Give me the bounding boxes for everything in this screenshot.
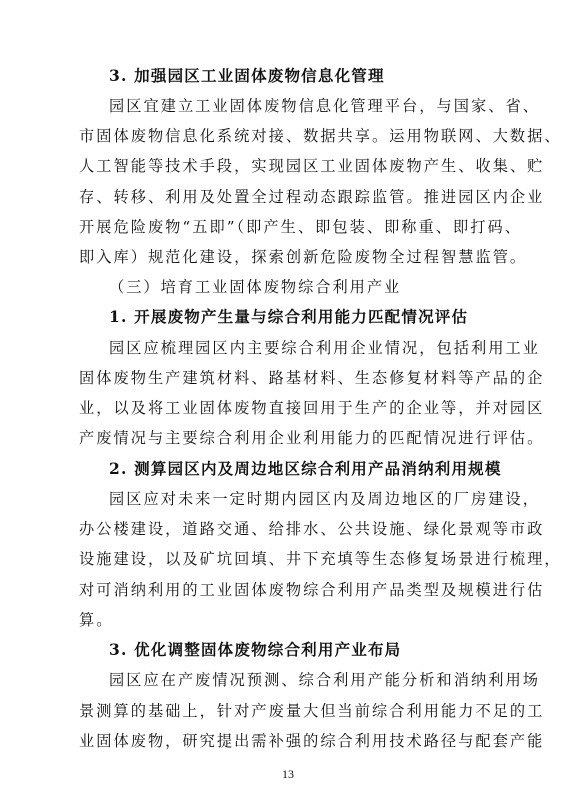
paragraph-line: 产废情况与主要综合利用企业利用能力的匹配情况进行评估。 — [79, 428, 511, 448]
paragraph-line: 园区应对未来一定时期内园区内及周边地区的厂房建设， — [109, 489, 511, 509]
paragraph-line: 人工智能等技术手段，实现园区工业固体废物产生、收集、贮 — [79, 156, 511, 176]
paragraph-line: 即入库）规范化建设，探索创新危险废物全过程智慧监管。 — [79, 247, 511, 267]
paragraph-line: 市固体废物信息化系统对接、数据共享。运用物联网、大数据、 — [79, 126, 511, 146]
paragraph-line: 办公楼建设，道路交通、给排水、公共设施、绿化景观等市政 — [79, 519, 511, 539]
heading-1-matching-assessment: 1. 开展废物产生量与综合利用能力匹配情况评估 — [109, 307, 511, 327]
paragraph-line: 园区宜建立工业固体废物信息化管理平台，与国家、省、 — [109, 96, 511, 116]
paragraph-line: 算。 — [79, 610, 511, 630]
section-heading-3: （三）培育工业固体废物综合利用产业 — [109, 277, 511, 297]
paragraph-line: 业，以及将工业固体废物直接回用于生产的企业等，并对园区 — [79, 398, 511, 418]
paragraph-line: 存、转移、利用及处置全过程动态跟踪监管。推进园区内企业 — [79, 187, 511, 207]
paragraph-line: 对可消纳利用的工业固体废物综合利用产品类型及规模进行估 — [79, 580, 511, 600]
paragraph-line: 景测算的基础上，针对产废量大但当前综合利用能力不足的工 — [79, 701, 511, 721]
paragraph-line: 园区应梳理园区内主要综合利用企业情况，包括利用工业 — [109, 338, 511, 358]
heading-2-consumption-scale: 2. 测算园区内及周边地区综合利用产品消纳利用规模 — [109, 459, 511, 479]
paragraph-line: 设施建设，以及矿坑回填、井下充填等生态修复场景进行梳理， — [79, 549, 511, 569]
paragraph-line: 固体废物生产建筑材料、路基材料、生态修复材料等产品的企 — [79, 368, 511, 388]
heading-3-industry-layout: 3. 优化调整固体废物综合利用产业布局 — [109, 640, 511, 660]
paragraph-line: 业固体废物，研究提出需补强的综合利用技术路径与配套产能 — [79, 731, 511, 751]
paragraph-line: 园区应在产废情况预测、综合利用产能分析和消纳利用场 — [109, 670, 511, 690]
document-page: 3. 加强园区工业固体废物信息化管理 园区宜建立工业固体废物信息化管理平台，与国… — [0, 0, 576, 797]
paragraph-line: 开展危险废物“五即”（即产生、即包装、即称重、即打码、 — [79, 217, 511, 237]
page-number: 13 — [0, 767, 576, 782]
heading-3-informatization: 3. 加强园区工业固体废物信息化管理 — [109, 66, 511, 86]
